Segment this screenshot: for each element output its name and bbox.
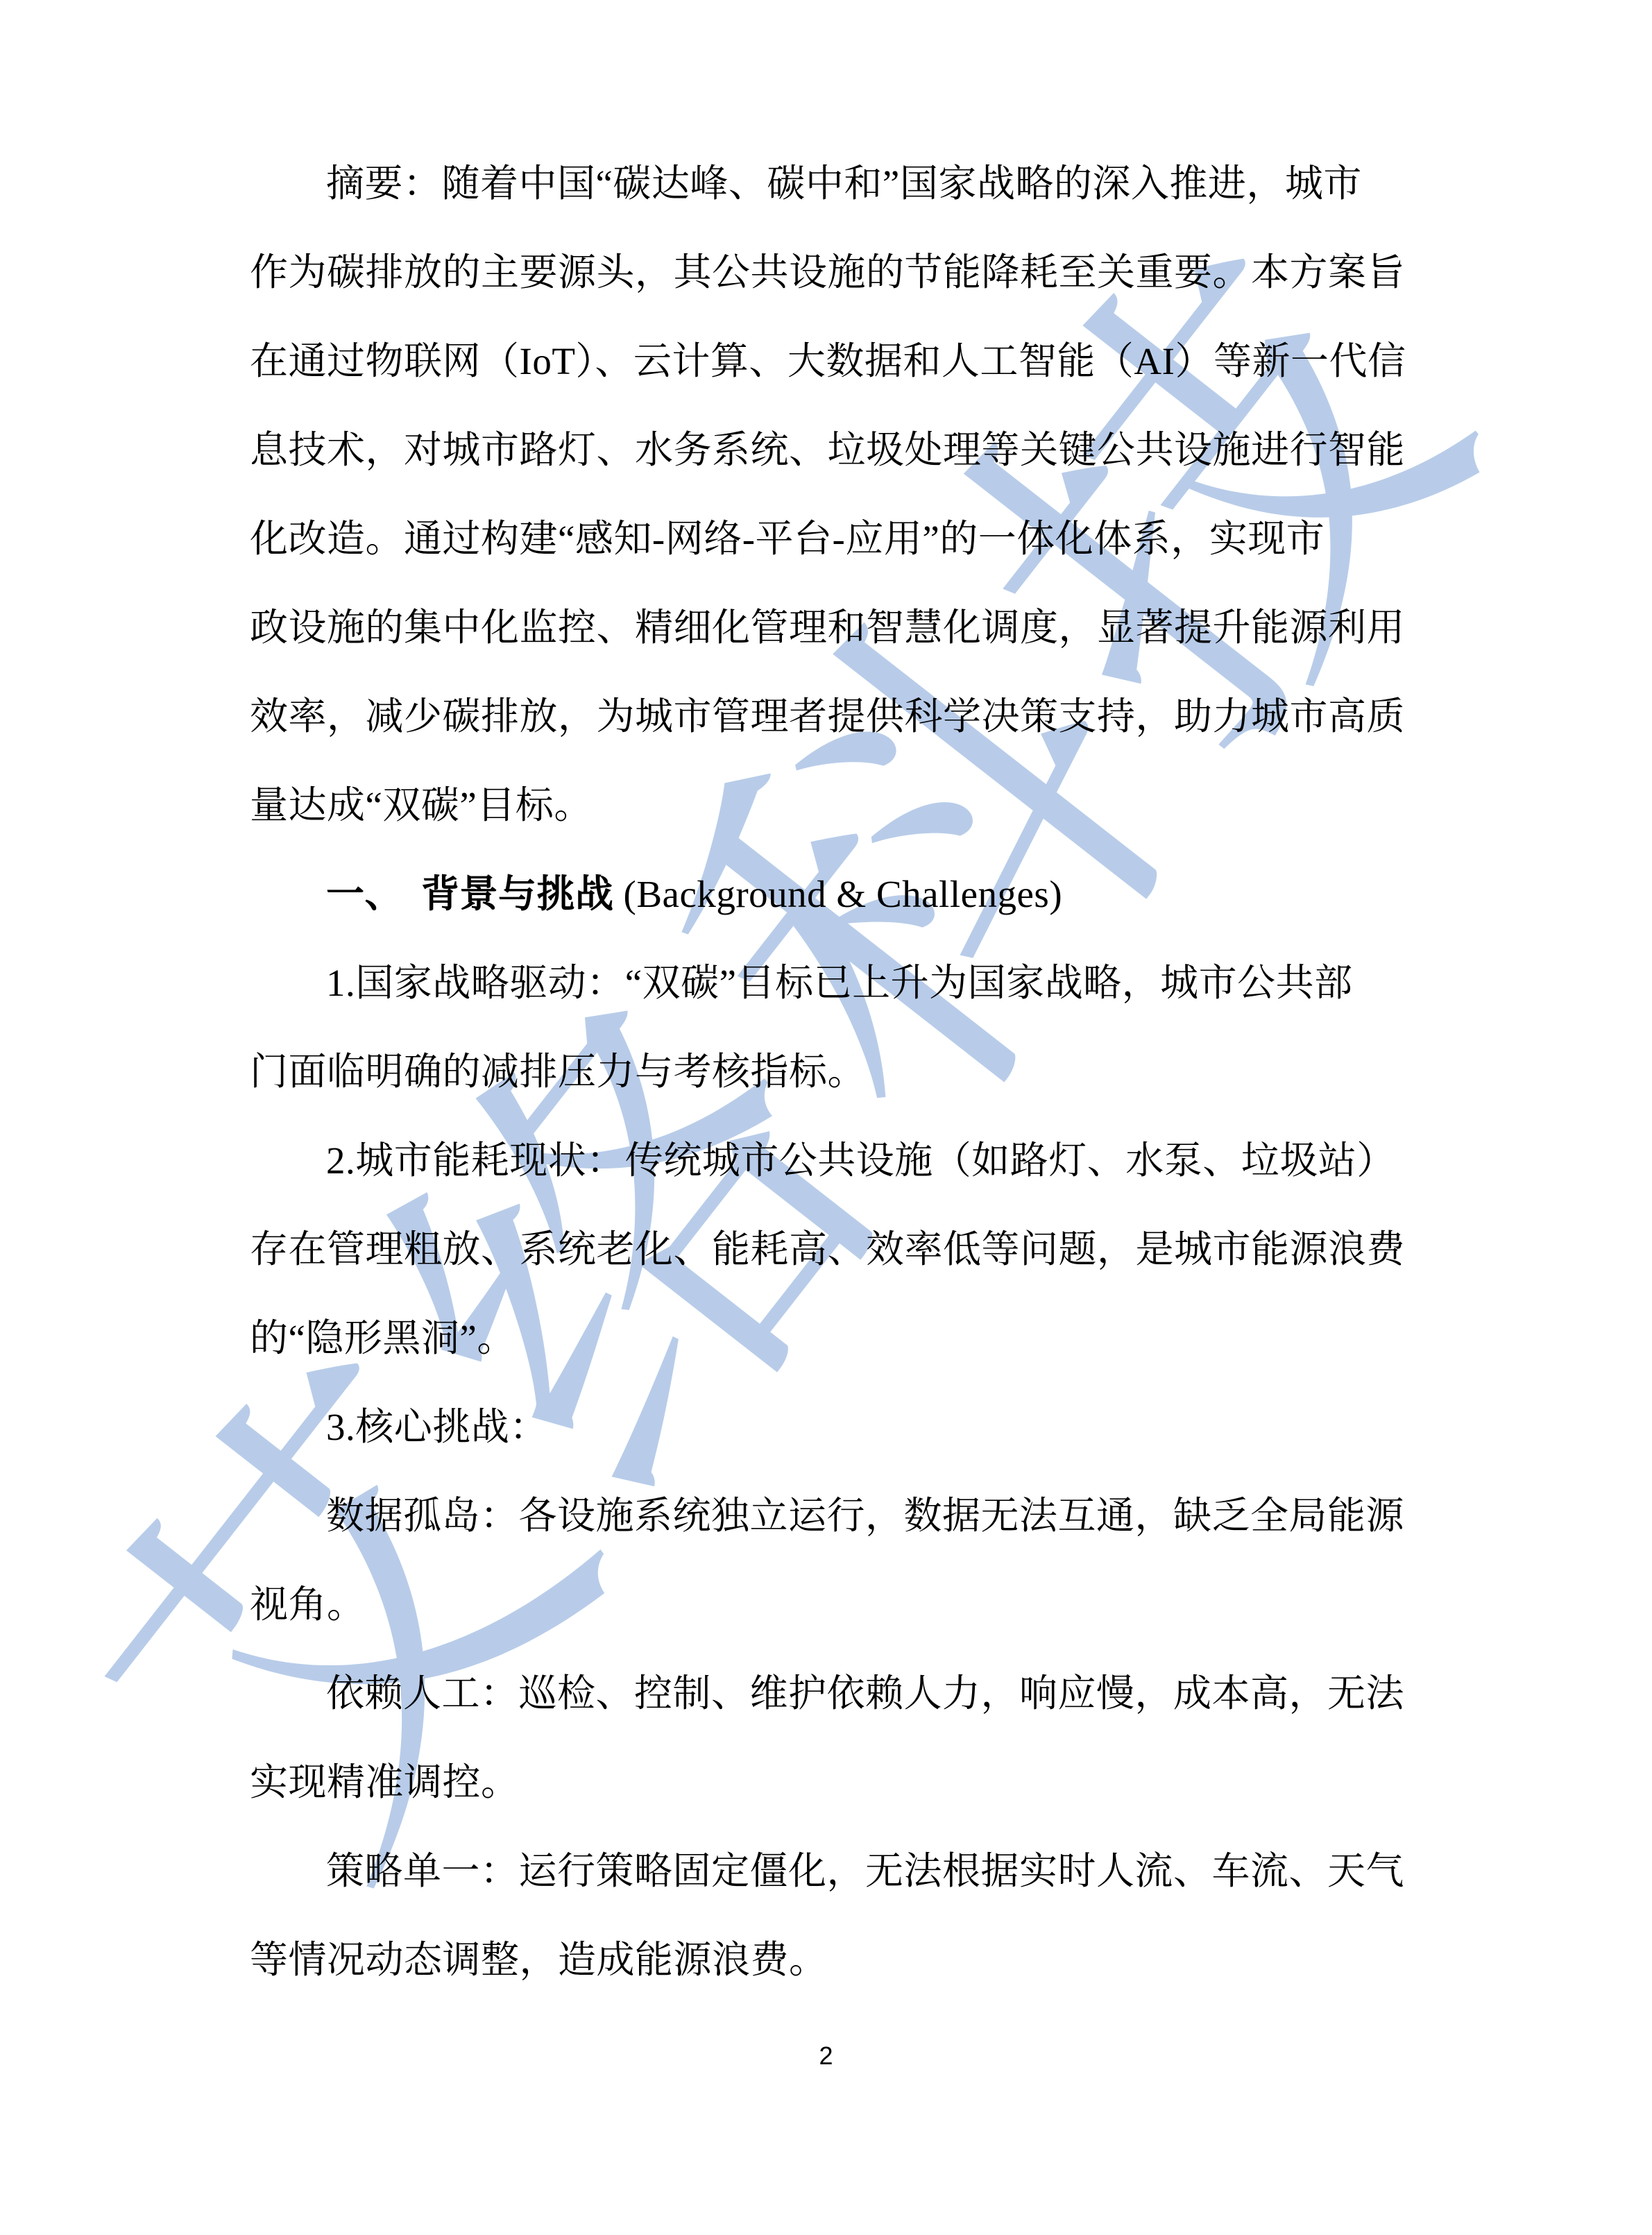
text-line: 作为碳排放的主要源头，其公共设施的节能降耗至关重要。本方案旨 [250, 228, 1402, 317]
document-page: 艾络科技 摘要：随着中国“碳达峰、碳中和”国家战略的深入推进，城市 作为碳排放的… [0, 0, 1652, 2235]
text-line: 门面临明确的减排压力与考核指标。 [250, 1028, 1402, 1116]
text-line: 在通过物联网（IoT）、云计算、大数据和人工智能（AI）等新一代信 [250, 317, 1402, 406]
text-line: 2.城市能耗现状：传统城市公共设施（如路灯、水泵、垃圾站） [250, 1116, 1402, 1205]
text-line: 政设施的集中化监控、精细化管理和智慧化调度，显著提升能源利用 [250, 584, 1402, 672]
text-line: 3.核心挑战： [250, 1383, 1402, 1472]
section-heading-title: 背景与挑战 [421, 873, 614, 915]
section-heading: 一、背景与挑战(Background & Challenges) [250, 850, 1402, 939]
text-line: 摘要：随着中国“碳达峰、碳中和”国家战略的深入推进，城市 [250, 139, 1402, 228]
text-line: 的“隐形黑洞”。 [250, 1294, 1402, 1383]
page-number: 2 [0, 2039, 1652, 2073]
text-line: 存在管理粗放、系统老化、能耗高、效率低等问题，是城市能源浪费 [250, 1205, 1402, 1294]
text-line: 等情况动态调整，造成能源浪费。 [250, 1916, 1402, 2005]
document-body: 摘要：随着中国“碳达峰、碳中和”国家战略的深入推进，城市 作为碳排放的主要源头，… [250, 139, 1402, 2005]
section-heading-numeral: 一、 [326, 873, 403, 915]
section-heading-subtitle: (Background & Challenges) [624, 873, 1063, 915]
text-line: 依赖人工：巡检、控制、维护依赖人力，响应慢，成本高，无法 [250, 1649, 1402, 1738]
text-line: 数据孤岛：各设施系统独立运行，数据无法互通，缺乏全局能源 [250, 1472, 1402, 1561]
text-line: 策略单一：运行策略固定僵化，无法根据实时人流、车流、天气 [250, 1827, 1402, 1916]
text-line: 视角。 [250, 1561, 1402, 1649]
text-line: 效率，减少碳排放，为城市管理者提供科学决策支持，助力城市高质 [250, 672, 1402, 761]
text-line: 化改造。通过构建“感知-网络-平台-应用”的一体化体系，实现市 [250, 495, 1402, 584]
text-line: 1.国家战略驱动：“双碳”目标已上升为国家战略，城市公共部 [250, 939, 1402, 1028]
text-line: 实现精准调控。 [250, 1738, 1402, 1827]
text-line: 量达成“双碳”目标。 [250, 761, 1402, 850]
text-line: 息技术，对城市路灯、水务系统、垃圾处理等关键公共设施进行智能 [250, 406, 1402, 495]
